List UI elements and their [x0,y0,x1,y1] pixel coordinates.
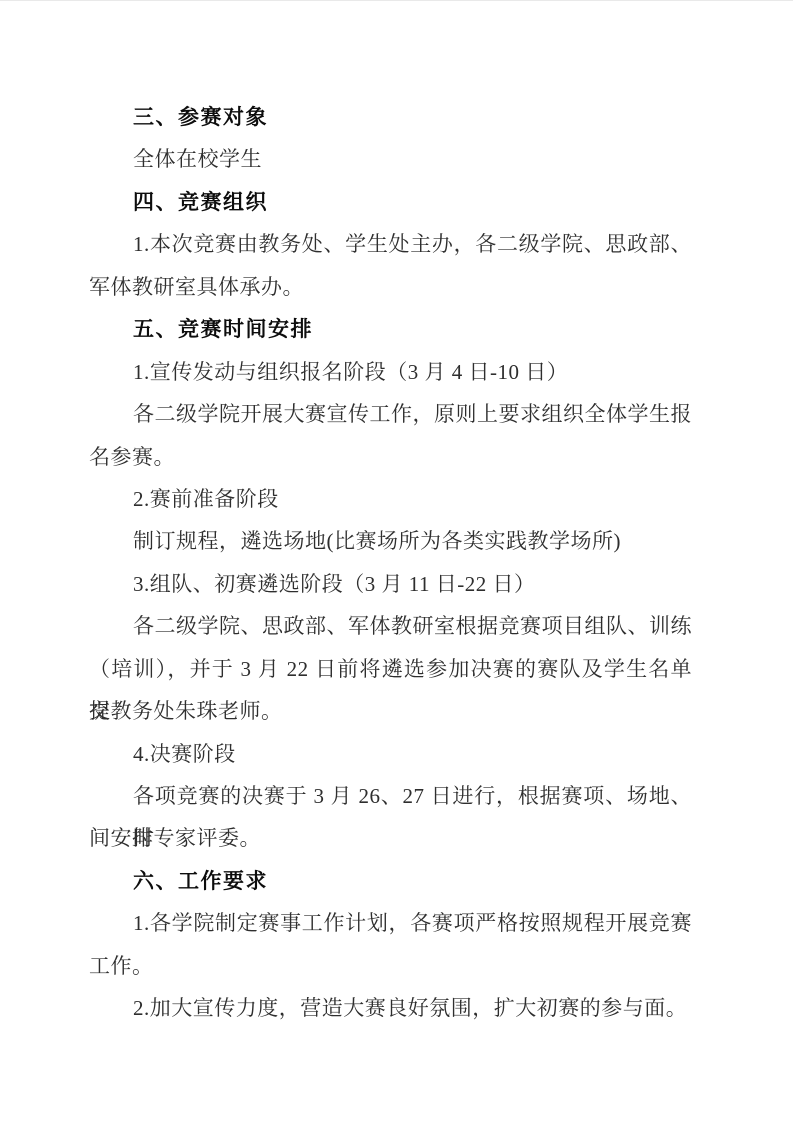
body-text-line: 1.各学院制定赛事工作计划，各赛项严格按照规程开展竞赛 [89,902,692,944]
page-top-edge [0,0,793,1]
body-text-line: 各二级学院开展大赛宣传工作，原则上要求组织全体学生报 [89,393,692,435]
body-text-line: 1.宣传发动与组织报名阶段（3 月 4 日-10 日） [89,351,692,393]
heading-work-requirements: 六、工作要求 [89,860,692,902]
body-text-line: （培训），并于 3 月 22 日前将遴选参加决赛的赛队及学生名单提 [89,648,692,690]
body-text-line: 工作。 [89,945,692,987]
body-text-line: 2.赛前准备阶段 [89,478,692,520]
heading-participants: 三、参赛对象 [89,96,692,138]
body-text-line: 名参赛。 [89,436,692,478]
heading-competition-organization: 四、竞赛组织 [89,181,692,223]
body-text-line: 4.决赛阶段 [89,733,692,775]
body-text-line: 各项竞赛的决赛于 3 月 26、27 日进行，根据赛项、场地、时 [89,775,692,817]
body-text-line: 交教务处朱珠老师。 [89,690,692,732]
document-page: 三、参赛对象 全体在校学生 四、竞赛组织 1.本次竞赛由教务处、学生处主办，各二… [0,0,793,1122]
document-content: 三、参赛对象 全体在校学生 四、竞赛组织 1.本次竞赛由教务处、学生处主办，各二… [89,96,692,1030]
body-text-line: 3.组队、初赛遴选阶段（3 月 11 日-22 日） [89,563,692,605]
body-text-line: 军体教研室具体承办。 [89,266,692,308]
body-text-line: 制订规程，遴选场地(比赛场所为各类实践教学场所) [89,520,692,562]
body-text-line: 1.本次竞赛由教务处、学生处主办，各二级学院、思政部、 [89,223,692,265]
body-text-line: 间安排专家评委。 [89,817,692,859]
body-text-line: 2.加大宣传力度，营造大赛良好氛围，扩大初赛的参与面。 [89,987,692,1029]
body-text-line: 全体在校学生 [89,138,692,180]
body-text-line: 各二级学院、思政部、军体教研室根据竞赛项目组队、训练 [89,605,692,647]
heading-schedule: 五、竞赛时间安排 [89,308,692,350]
